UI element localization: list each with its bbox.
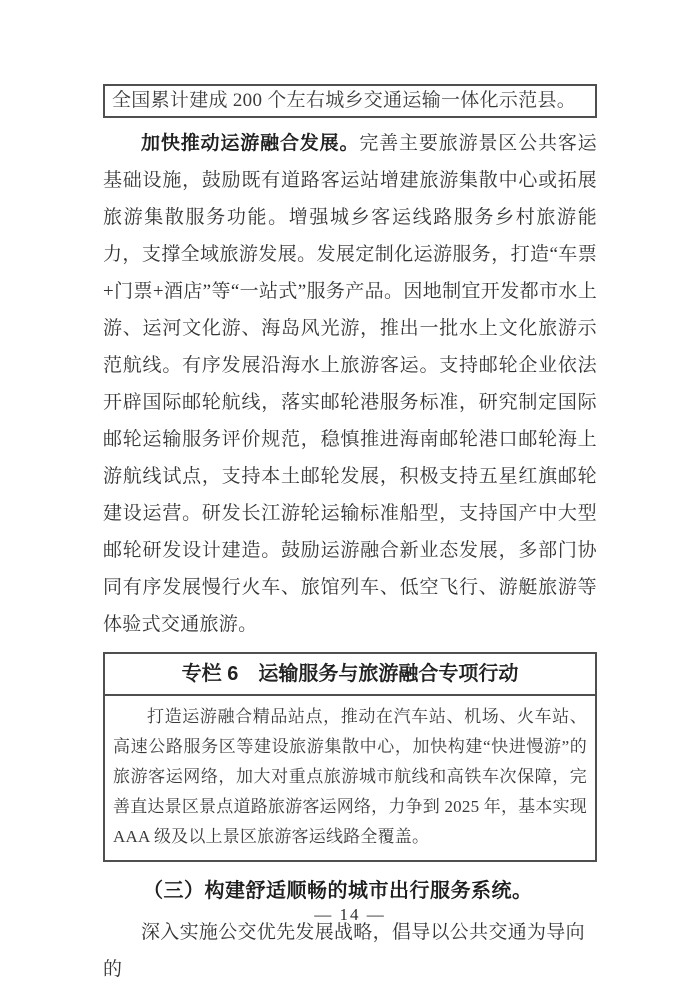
paragraph-body-text: 完善主要旅游景区公共客运基础设施，鼓励既有道路客运站增建旅游集散中心或拓展旅游集… <box>103 133 597 635</box>
section-heading-3: （三）构建舒适顺畅的城市出行服务系统。 <box>103 874 597 908</box>
column-box-6-title-text: 专栏 6 运输服务与旅游融合专项行动 <box>182 663 519 685</box>
column-box-6-title: 专栏 6 运输服务与旅游融合专项行动 <box>105 654 595 696</box>
continued-box-text: 全国累计建成 200 个左右城乡交通运输一体化示范县。 <box>112 90 576 111</box>
page-content: 全国累计建成 200 个左右城乡交通运输一体化示范县。 加快推动运游融合发展。完… <box>103 84 597 988</box>
paragraph-public-transit-text: 深入实施公交优先发展战略，倡导以公共交通为导向的 <box>103 922 585 980</box>
page-number-text: — 14 — <box>314 905 386 924</box>
section-heading-3-text: （三）构建舒适顺畅的城市出行服务系统。 <box>143 880 533 902</box>
paragraph-yunyou-integration: 加快推动运游融合发展。完善主要旅游景区公共客运基础设施，鼓励既有道路客运站增建旅… <box>103 125 597 643</box>
paragraph-lead-bold: 加快推动运游融合发展。 <box>141 133 359 154</box>
column-box-6: 专栏 6 运输服务与旅游融合专项行动 打造运游融合精品站点，推动在汽车站、机场、… <box>103 652 597 862</box>
column-box-6-body: 打造运游融合精品站点，推动在汽车站、机场、火车站、高速公路服务区等建设旅游集散中… <box>105 696 595 860</box>
document-page: 全国累计建成 200 个左右城乡交通运输一体化示范县。 加快推动运游融合发展。完… <box>0 0 700 990</box>
column-box-6-body-text: 打造运游融合精品站点，推动在汽车站、机场、火车站、高速公路服务区等建设旅游集散中… <box>113 707 587 846</box>
continued-column-box: 全国累计建成 200 个左右城乡交通运输一体化示范县。 <box>103 84 597 118</box>
page-number: — 14 — <box>0 905 700 925</box>
paragraph-public-transit: 深入实施公交优先发展战略，倡导以公共交通为导向的 <box>103 914 597 988</box>
